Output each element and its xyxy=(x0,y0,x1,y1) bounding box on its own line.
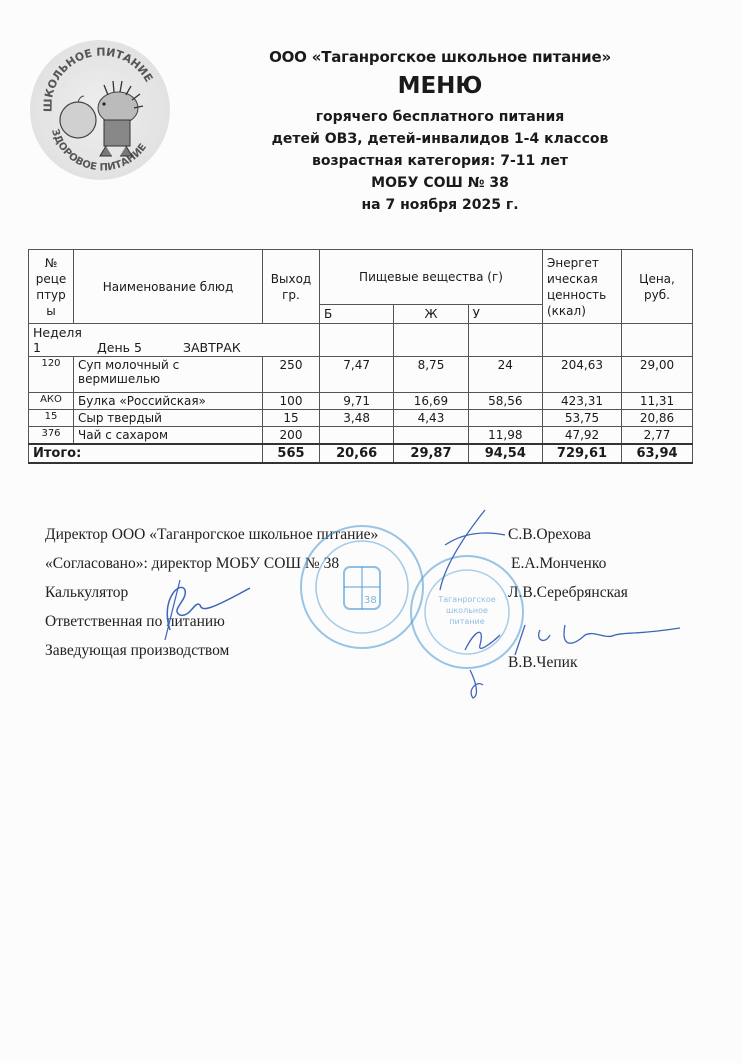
dish-price: 29,00 xyxy=(622,357,693,393)
page-title: МЕНЮ xyxy=(240,70,640,102)
target-group: детей ОВЗ, детей-инвалидов 1-4 классов xyxy=(240,128,640,150)
dish-carbs xyxy=(468,410,542,427)
header-nutrients: Пищевые вещества (г) xyxy=(320,250,543,305)
dish-price: 20,86 xyxy=(622,410,693,427)
header-price: Цена, руб. xyxy=(622,250,693,324)
total-row: Итого: 565 20,66 29,87 94,54 729,61 63,9… xyxy=(29,444,693,463)
school-name: МОБУ СОШ № 38 xyxy=(240,172,640,194)
dish-energy: 423,31 xyxy=(543,393,622,410)
week-label: Неделя 1 xyxy=(33,325,93,355)
header-carbs: У xyxy=(468,305,542,324)
menu-table: № реце птур ы Наименование блюд Выход гр… xyxy=(28,249,693,464)
total-protein: 20,66 xyxy=(320,444,394,463)
header-fat: Ж xyxy=(394,305,468,324)
meal-label: ЗАВТРАК xyxy=(183,340,241,355)
organization-name: ООО «Таганрогское школьное питание» xyxy=(240,46,640,68)
recipe-code: АКО xyxy=(29,393,74,410)
day-label: День 5 xyxy=(97,340,179,355)
document-header: ООО «Таганрогское школьное питание» МЕНЮ… xyxy=(240,46,640,216)
signature-role: Заведующая производством xyxy=(45,642,229,660)
dish-fat: 8,75 xyxy=(394,357,468,393)
dish-name: Сыр твердый xyxy=(74,410,263,427)
coat-of-arms-icon: 38 xyxy=(302,527,422,647)
header-recipe-no: № реце птур ы xyxy=(29,250,74,324)
calculator-signature-icon xyxy=(140,570,260,640)
dish-output: 250 xyxy=(263,357,320,393)
table-row: АКО Булка «Российская» 100 9,71 16,69 58… xyxy=(29,393,693,410)
school-stamp: 38 xyxy=(300,525,424,649)
recipe-code: 15 xyxy=(29,410,74,427)
responsible-signature-icon xyxy=(455,610,685,700)
svg-text:38: 38 xyxy=(364,595,377,606)
director-signature-icon xyxy=(425,505,515,595)
dish-name: Чай с сахаром xyxy=(74,427,263,445)
svg-text:ЗДОРОВОЕ ПИТАНИЕ: ЗДОРОВОЕ ПИТАНИЕ xyxy=(49,128,149,174)
recipe-code: 376 xyxy=(29,427,74,445)
total-carbs: 94,54 xyxy=(468,444,542,463)
header-energy: Энергет ическая ценность (ккал) xyxy=(543,250,622,324)
dish-fat: 4,43 xyxy=(394,410,468,427)
table-row: 15 Сыр твердый 15 3,48 4,43 53,75 20,86 xyxy=(29,410,693,427)
dish-name: Суп молочный с вермишелью xyxy=(74,357,263,393)
signature-role: Калькулятор xyxy=(45,584,128,602)
menu-subtitle: горячего бесплатного питания xyxy=(240,106,640,128)
total-label: Итого: xyxy=(29,444,263,463)
header-dish-name: Наименование блюд xyxy=(74,250,263,324)
table-row: 120 Суп молочный с вермишелью 250 7,47 8… xyxy=(29,357,693,393)
total-output: 565 xyxy=(263,444,320,463)
dish-energy: 53,75 xyxy=(543,410,622,427)
hedgehog-with-apple-icon: ШКОЛЬНОЕ ПИТАНИЕ ЗДОРОВОЕ ПИТАНИЕ xyxy=(30,40,170,180)
dish-carbs: 24 xyxy=(468,357,542,393)
signature-name: Л.В.Серебрянская xyxy=(508,584,628,602)
dish-protein: 9,71 xyxy=(320,393,394,410)
dish-protein: 7,47 xyxy=(320,357,394,393)
header-protein: Б xyxy=(320,305,394,324)
dish-price: 2,77 xyxy=(622,427,693,445)
total-fat: 29,87 xyxy=(394,444,468,463)
dish-energy: 47,92 xyxy=(543,427,622,445)
dish-output: 100 xyxy=(263,393,320,410)
dish-protein xyxy=(320,427,394,445)
svg-text:Таганрогское: Таганрогское xyxy=(437,595,495,604)
dish-name: Булка «Российская» xyxy=(74,393,263,410)
dish-price: 11,31 xyxy=(622,393,693,410)
header-output: Выход гр. xyxy=(263,250,320,324)
dish-output: 15 xyxy=(263,410,320,427)
dish-protein: 3,48 xyxy=(320,410,394,427)
section-row: Неделя 1 День 5 ЗАВТРАК xyxy=(29,324,693,357)
signature-name: Е.А.Монченко xyxy=(511,555,606,573)
signature-name: С.В.Орехова xyxy=(508,526,591,544)
dish-output: 200 xyxy=(263,427,320,445)
dish-energy: 204,63 xyxy=(543,357,622,393)
dish-fat: 16,69 xyxy=(394,393,468,410)
recipe-code: 120 xyxy=(29,357,74,393)
total-price: 63,94 xyxy=(622,444,693,463)
total-energy: 729,61 xyxy=(543,444,622,463)
dish-carbs: 11,98 xyxy=(468,427,542,445)
table-row: 376 Чай с сахаром 200 11,98 47,92 2,77 xyxy=(29,427,693,445)
dish-fat xyxy=(394,427,468,445)
dish-carbs: 58,56 xyxy=(468,393,542,410)
company-logo: ШКОЛЬНОЕ ПИТАНИЕ ЗДОРОВОЕ ПИТАНИЕ xyxy=(30,40,170,180)
age-category: возрастная категория: 7-11 лет xyxy=(240,150,640,172)
svg-text:ШКОЛЬНОЕ ПИТАНИЕ: ШКОЛЬНОЕ ПИТАНИЕ xyxy=(42,46,156,113)
menu-date: на 7 ноября 2025 г. xyxy=(240,194,640,216)
section-label: Неделя 1 День 5 ЗАВТРАК xyxy=(29,324,320,357)
